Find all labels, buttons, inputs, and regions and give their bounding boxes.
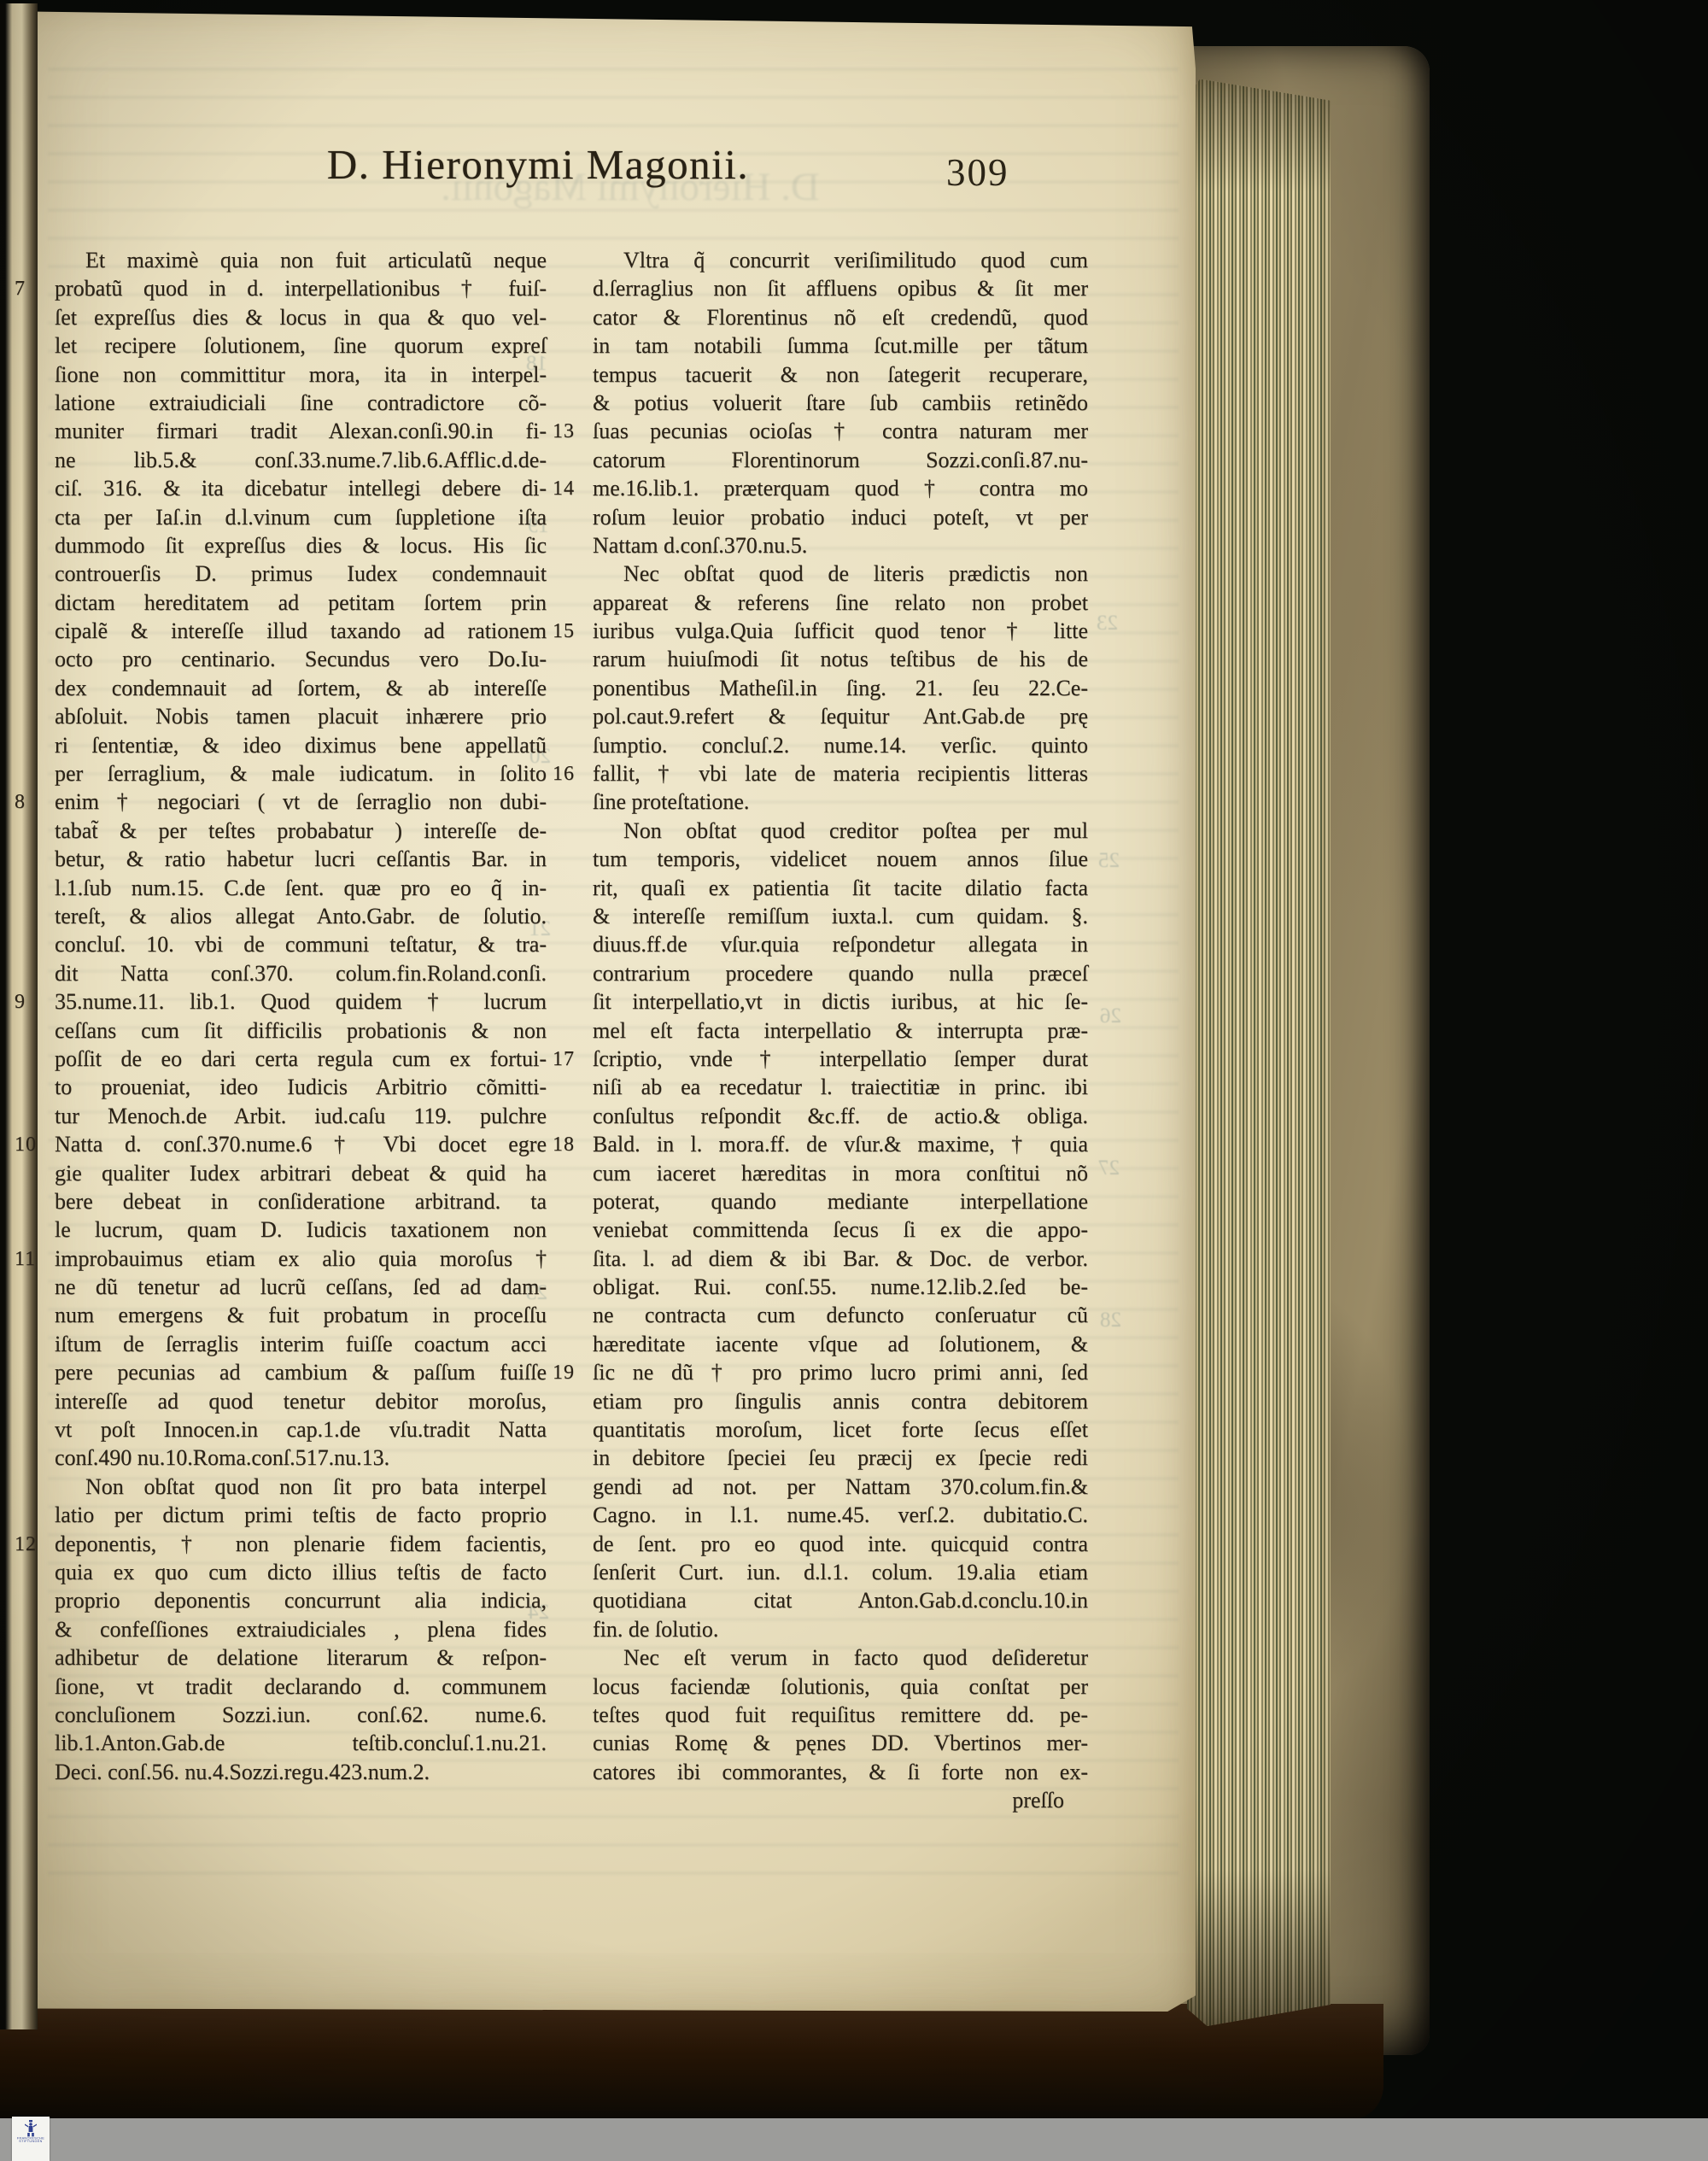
- text-line: cunias Romę & pęnes DD. Vbertinos mer-: [593, 1729, 1088, 1757]
- line-text: in tam notabili ſumma ſcut.mille per tãt…: [593, 333, 1088, 358]
- text-line: tum temporis, videlicet nouem annos ſilu…: [593, 845, 1088, 873]
- line-text: cta per Iaſ.in d.l.vinum cum ſuppletione…: [55, 505, 547, 530]
- text-line: Nec eſt verum in facto quod deſideretur: [593, 1643, 1088, 1672]
- text-line: poſſit de eo dari certa regula cum ex fo…: [55, 1045, 547, 1073]
- margin-note-number: 14: [553, 475, 587, 503]
- line-text: dummodo ſit expreſſus dies & locus. His …: [55, 533, 547, 558]
- text-line: latio per dictum primi teſtis de facto p…: [55, 1501, 547, 1529]
- line-text: Non obſtat quod creditor poſtea per mul: [623, 818, 1088, 843]
- text-line: ne contracta cum defuncto conſeruatur cũ: [593, 1301, 1088, 1329]
- text-line: cta per Iaſ.in d.l.vinum cum ſuppletione…: [55, 503, 547, 531]
- line-text: in debitore ſpeciei ſeu præcij ex ſpecie…: [593, 1445, 1088, 1470]
- text-line: locus faciendæ ſolutionis, quia conſtat …: [593, 1672, 1088, 1701]
- margin-note-number: 12: [15, 1531, 49, 1559]
- margin-note-number: 16: [553, 760, 587, 788]
- line-text: pere pecunias ad cambium & paſſum fuiſſe: [55, 1360, 547, 1385]
- line-text: ſione, vt tradit declarando d. communem: [55, 1674, 547, 1699]
- text-line: in tam notabili ſumma ſcut.mille per tãt…: [593, 331, 1088, 360]
- line-text: betur, & ratio habetur lucri ceſſantis B…: [55, 846, 547, 871]
- line-text: gie qualiter Iudex arbitrari debeat & qu…: [55, 1161, 547, 1186]
- stamp-org-line2: STIFTUNGEN: [17, 2141, 44, 2144]
- line-text: iuribus vulga.Quia ſufficit quod tenor †…: [593, 618, 1088, 643]
- line-text: d.ſerraglius non ſit affluens opibus & ſ…: [593, 276, 1088, 301]
- line-text: cum iaceret hæreditas in mora conſtitui …: [593, 1161, 1088, 1186]
- text-line: de ſent. pro eo quod inte. quicquid cont…: [593, 1530, 1088, 1558]
- margin-note-number: 15: [553, 618, 587, 646]
- text-line: fin. de ſolutio.: [593, 1615, 1088, 1643]
- line-text: deponentis, † non plenarie fidem facient…: [55, 1531, 547, 1556]
- text-line: 13ſuas pecunias ocioſas † contra naturam…: [593, 417, 1088, 445]
- text-line: 11improbauimus etiam ex alio quia moroſu…: [55, 1244, 547, 1273]
- text-line: conſultus reſpondit &c.ff. de actio.& ob…: [593, 1102, 1088, 1130]
- fore-edge-page-stack: [1187, 75, 1331, 2026]
- line-text: gendi ad not. per Nattam 370.colum.fin.&: [593, 1474, 1088, 1499]
- text-line: Cagno. in l.1. nume.45. verſ.2. dubitati…: [593, 1501, 1088, 1529]
- text-line: betur, & ratio habetur lucri ceſſantis B…: [55, 845, 547, 873]
- line-text: poterat, quando mediante interpellatione: [593, 1189, 1088, 1214]
- text-line: let recipere ſolutionem, ſine quorum exp…: [55, 331, 547, 360]
- text-line: niſi ab ea recedatur l. traiectitiæ in p…: [593, 1073, 1088, 1101]
- page-number: 309: [946, 150, 1009, 195]
- text-line: ſit interpellatio,vt in dictis iuribus, …: [593, 987, 1088, 1016]
- text-line: teſtes quod fuit requiſitus remittere dd…: [593, 1701, 1088, 1729]
- line-text: dictam hereditatem ad petitam ſortem pri…: [55, 590, 547, 615]
- text-line: bere debeat in conſideratione arbitrand.…: [55, 1187, 547, 1215]
- text-line: concluſionem Sozzi.iun. conſ.62. nume.6.: [55, 1701, 547, 1729]
- text-line: adhibetur de delatione literarum & reſpo…: [55, 1643, 547, 1672]
- line-text: latione extraiudiciali ſine contradictor…: [55, 390, 547, 415]
- line-text: conſultus reſpondit &c.ff. de actio.& ob…: [593, 1104, 1088, 1128]
- margin-note-number: 19: [553, 1359, 587, 1387]
- text-line: tur Menoch.de Arbit. iud.caſu 119. pulch…: [55, 1102, 547, 1130]
- text-line: 12deponentis, † non plenarie fidem facie…: [55, 1530, 547, 1558]
- text-line: 16fallit, † vbi late de materia recipien…: [593, 759, 1088, 788]
- line-text: catorum Florentinorum Sozzi.conſi.87.nu-: [593, 448, 1088, 472]
- line-text: Deci. conſ.56. nu.4.Sozzi.regu.423.num.2…: [55, 1760, 430, 1784]
- margin-note-number: 9: [15, 988, 49, 1016]
- line-text: ne contracta cum defuncto conſeruatur cũ: [593, 1303, 1088, 1327]
- text-line: 10Natta d. conſ.370.nume.6 † Vbi docet e…: [55, 1130, 547, 1158]
- text-line: Non obſtat quod creditor poſtea per mul: [593, 817, 1088, 845]
- text-line: le lucrum, quam D. Iudicis taxationem no…: [55, 1215, 547, 1244]
- text-line: & potius voluerit ſtare ſub cambiis reti…: [593, 389, 1088, 417]
- line-text: & intereſſe remiſſum iuxta.l. cum quidam…: [593, 904, 1088, 928]
- text-line: controuerſis D. primus Iudex condemnauit: [55, 559, 547, 588]
- text-line: & confeſſiones extraiudiciales , plena f…: [55, 1615, 547, 1643]
- line-text: fallit, † vbi late de materia recipienti…: [593, 761, 1088, 786]
- line-text: ceſſans cum ſit difficilis probationis &…: [55, 1018, 547, 1043]
- francke-figure-icon: [23, 2120, 38, 2137]
- line-text: ſumptio. concluſ.2. nume.14. verſic. qui…: [593, 733, 1088, 758]
- scan-footer-bar: [0, 2118, 1708, 2161]
- line-text: muniter firmari tradit Alexan.conſi.90.i…: [55, 419, 547, 443]
- line-text: ſit interpellatio,vt in dictis iuribus, …: [593, 989, 1088, 1014]
- text-line: diuus.ff.de vſur.quia reſpondetur allega…: [593, 930, 1088, 958]
- line-text: Nec obſtat quod de literis prædictis non: [623, 561, 1088, 586]
- text-line: ciſ. 316. & ita dicebatur intellegi debe…: [55, 474, 547, 502]
- text-line: obligat. Rui. conſ.55. nume.12.lib.2.ſed…: [593, 1273, 1088, 1301]
- line-text: Nattam d.conſ.370.nu.5.: [593, 533, 807, 558]
- text-line: ſione non committitur mora, ita in inter…: [55, 360, 547, 389]
- line-text: niſi ab ea recedatur l. traiectitiæ in p…: [593, 1075, 1088, 1099]
- line-text: vt poſt Innocen.in cap.1.de vſu.tradit N…: [55, 1417, 547, 1442]
- text-line: 7probatũ quod in d. interpellationibus †…: [55, 274, 547, 302]
- text-line: 18Bald. in l. mora.ff. de vſur.& maxime,…: [593, 1130, 1088, 1158]
- text-line: rarum huiuſmodi ſit notus teſtibus de hi…: [593, 645, 1088, 673]
- text-line: Et maximè quia non fuit articulatũ neque: [55, 246, 547, 274]
- line-text: cunias Romę & pęnes DD. Vbertinos mer-: [593, 1731, 1088, 1755]
- text-line: num emergens & fuit probatum in proceſſu: [55, 1301, 547, 1329]
- line-text: ſic ne dũ † pro primo lucro primi anni, …: [593, 1360, 1088, 1385]
- line-text: poſſit de eo dari certa regula cum ex fo…: [55, 1046, 547, 1071]
- text-line: quia ex quo cum dicto illius teſtis de f…: [55, 1558, 547, 1586]
- text-line: Deci. conſ.56. nu.4.Sozzi.regu.423.num.2…: [55, 1758, 547, 1786]
- text-line: abſoluit. Nobis tamen placuit inhærere p…: [55, 702, 547, 730]
- line-text: iſtum de ſerraglis interim fuiſſe coactu…: [55, 1332, 547, 1356]
- line-text: num emergens & fuit probatum in proceſſu: [55, 1303, 547, 1327]
- text-line: gie qualiter Iudex arbitrari debeat & qu…: [55, 1159, 547, 1187]
- line-text: mel eſt facta interpellatio & interrupta…: [593, 1018, 1088, 1043]
- line-text: let recipere ſolutionem, ſine quorum exp…: [55, 333, 547, 358]
- line-text: latio per dictum primi teſtis de facto p…: [55, 1502, 547, 1527]
- text-line: proprio deponentis concurrunt alia indic…: [55, 1586, 547, 1614]
- text-line: tempus tacuerit & non ſategerit recupera…: [593, 360, 1088, 389]
- line-text: improbauimus etiam ex alio quia moroſus …: [55, 1246, 547, 1271]
- line-text: hæreditate iacente vſque ad ſolutionem, …: [593, 1332, 1088, 1356]
- line-text: tempus tacuerit & non ſategerit recupera…: [593, 362, 1088, 387]
- text-line: in debitore ſpeciei ſeu præcij ex ſpecie…: [593, 1444, 1088, 1472]
- line-text: roſum leuior probatio induci poteſt, vt …: [593, 505, 1088, 530]
- book-bottom-shadow: [0, 2004, 1383, 2120]
- text-line: concluſ. 10. vbi de communi teſtatur, & …: [55, 930, 547, 958]
- line-text: intereſſe ad quod tenetur debitor moroſu…: [55, 1389, 547, 1414]
- line-text: teſtes quod fuit requiſitus remittere dd…: [593, 1702, 1088, 1727]
- text-line: Nec obſtat quod de literis prædictis non: [593, 559, 1088, 588]
- line-text: cipalẽ & intereſſe illud taxando ad rati…: [55, 618, 547, 643]
- text-line: catores ibi commorantes, & ſi forte non …: [593, 1758, 1088, 1786]
- text-line: per ſerraglium, & male iudicatum. in ſol…: [55, 759, 547, 788]
- line-text: ciſ. 316. & ita dicebatur intellegi debe…: [55, 476, 547, 501]
- line-text: quotidiana citat Anton.Gab.d.conclu.10.i…: [593, 1588, 1088, 1613]
- line-text: tum temporis, videlicet nouem annos ſilu…: [593, 846, 1088, 871]
- line-text: ſita. l. ad diem & ibi Bar. & Doc. de ve…: [593, 1246, 1088, 1271]
- text-line: intereſſe ad quod tenetur debitor moroſu…: [55, 1387, 547, 1415]
- line-text: Bald. in l. mora.ff. de vſur.& maxime, †…: [593, 1132, 1088, 1157]
- line-text: dit Natta conſ.370. colum.fin.Roland.con…: [55, 961, 547, 986]
- line-text: ſuas pecunias ocioſas † contra naturam m…: [593, 419, 1088, 443]
- text-line: catorum Florentinorum Sozzi.conſi.87.nu-: [593, 446, 1088, 474]
- line-text: l.1.ſub num.15. C.de ſent. quæ pro eo q̃…: [55, 876, 547, 900]
- margin-note-number: 13: [553, 418, 587, 446]
- line-text: Nec eſt verum in facto quod deſideretur: [623, 1645, 1088, 1670]
- text-line: conſ.490 nu.10.Roma.conſ.517.nu.13.: [55, 1444, 547, 1472]
- text-line: gendi ad not. per Nattam 370.colum.fin.&: [593, 1473, 1088, 1501]
- margin-note-number: 8: [15, 788, 49, 817]
- line-text: controuerſis D. primus Iudex condemnauit: [55, 561, 547, 586]
- text-line: 935.nume.11. lib.1. Quod quidem † lucrum: [55, 987, 547, 1016]
- line-text: Non obſtat quod non ſit pro bata interpe…: [85, 1474, 547, 1499]
- text-line: dictam hereditatem ad petitam ſortem pri…: [55, 589, 547, 617]
- line-text: ſenſerit Curt. iun. d.l.1. colum. 19.ali…: [593, 1560, 1088, 1584]
- text-line: Non obſtat quod non ſit pro bata interpe…: [55, 1473, 547, 1501]
- text-line: ne dũ tenetur ad lucrũ ceſſans, ſed ad d…: [55, 1273, 547, 1301]
- text-line: ſine proteſtatione.: [593, 788, 1088, 816]
- text-line: mel eſt facta interpellatio & interrupta…: [593, 1016, 1088, 1045]
- text-line: iſtum de ſerraglis interim fuiſſe coactu…: [55, 1330, 547, 1358]
- line-text: Natta d. conſ.370.nume.6 † Vbi docet egr…: [55, 1132, 547, 1157]
- line-text: diuus.ff.de vſur.quia reſpondetur allega…: [593, 932, 1088, 957]
- text-line: quotidiana citat Anton.Gab.d.conclu.10.i…: [593, 1586, 1088, 1614]
- text-line: ſet expreſſus dies & locus in qua & quo …: [55, 303, 547, 331]
- margin-note-number: 7: [15, 275, 49, 303]
- line-text: per ſerraglium, & male iudicatum. in ſol…: [55, 761, 547, 786]
- text-line: dummodo ſit expreſſus dies & locus. His …: [55, 531, 547, 559]
- text-line: Nattam d.conſ.370.nu.5.: [593, 531, 1088, 559]
- text-line: latione extraiudiciali ſine contradictor…: [55, 389, 547, 417]
- line-text: lib.1.Anton.Gab.de teſtib.concluſ.1.nu.2…: [55, 1731, 547, 1755]
- text-line: cum iaceret hæreditas in mora conſtitui …: [593, 1159, 1088, 1187]
- text-line: rit, quaſi ex patientia ſit tacite dilat…: [593, 874, 1088, 902]
- text-line: to proueniat, ideo Iudicis Arbitrio cõmi…: [55, 1073, 547, 1101]
- line-text: me.16.lib.1. præterquam quod † contra mo: [593, 476, 1088, 501]
- line-text: bere debeat in conſideratione arbitrand.…: [55, 1189, 547, 1214]
- margin-note-number: 11: [15, 1245, 49, 1274]
- line-text: dex condemnauit ad ſortem, & ab intereſſ…: [55, 676, 547, 700]
- line-text: quia ex quo cum dicto illius teſtis de f…: [55, 1560, 547, 1584]
- line-text: rit, quaſi ex patientia ſit tacite dilat…: [593, 876, 1088, 900]
- line-text: ſet expreſſus dies & locus in qua & quo …: [55, 305, 547, 330]
- line-text: rarum huiuſmodi ſit notus teſtibus de hi…: [593, 647, 1088, 671]
- line-text: veniebat committenda ſecus ſi ex die app…: [593, 1217, 1088, 1242]
- text-line: octo pro centinario. Secundus vero Do.Iu…: [55, 645, 547, 673]
- text-line: appareat & referens ſine relato non prob…: [593, 589, 1088, 617]
- text-line: poterat, quando mediante interpellatione: [593, 1187, 1088, 1215]
- page-title: D. Hieronymi Magonii.: [137, 140, 939, 189]
- line-text: pol.caut.9.refert & ſequitur Ant.Gab.de …: [593, 704, 1088, 729]
- line-text: etiam pro ſingulis annis contra debitore…: [593, 1389, 1088, 1414]
- margin-note-number: 18: [553, 1131, 587, 1159]
- line-text: abſoluit. Nobis tamen placuit inhærere p…: [55, 704, 547, 729]
- line-text: de ſent. pro eo quod inte. quicquid cont…: [593, 1531, 1088, 1556]
- text-line: ſumptio. concluſ.2. nume.14. verſic. qui…: [593, 731, 1088, 759]
- line-text: ne dũ tenetur ad lucrũ ceſſans, ſed ad d…: [55, 1274, 547, 1299]
- line-text: concluſ. 10. vbi de communi teſtatur, & …: [55, 932, 547, 957]
- text-line: Vltra q̃ concurrit veriſimilitudo quod c…: [593, 246, 1088, 274]
- text-line: lib.1.Anton.Gab.de teſtib.concluſ.1.nu.2…: [55, 1729, 547, 1757]
- text-line: tabat̃ & per teſtes probabatur ) intereſ…: [55, 817, 547, 845]
- line-text: octo pro centinario. Secundus vero Do.Iu…: [55, 647, 547, 671]
- line-text: & potius voluerit ſtare ſub cambiis reti…: [593, 390, 1088, 415]
- right-text-column: Vltra q̃ concurrit veriſimilitudo quod c…: [593, 246, 1088, 1814]
- line-text: ponentibus Matheſil.in ſing. 21. ſeu 22.…: [593, 676, 1088, 700]
- text-line: 19ſic ne dũ † pro primo lucro primi anni…: [593, 1358, 1088, 1386]
- line-text: appareat & referens ſine relato non prob…: [593, 590, 1088, 615]
- line-text: contrarium procedere quando nulla præceſ: [593, 961, 1088, 986]
- line-text: concluſionem Sozzi.iun. conſ.62. nume.6.: [55, 1702, 547, 1727]
- text-line: ſione, vt tradit declarando d. communem: [55, 1672, 547, 1701]
- text-line: dit Natta conſ.370. colum.fin.Roland.con…: [55, 959, 547, 987]
- text-line: cator & Florentinus nõ eſt credendũ, quo…: [593, 303, 1088, 331]
- line-text: fin. de ſolutio.: [593, 1617, 718, 1642]
- franckesche-stiftungen-stamp: FRANCKESCHE STIFTUNGEN: [12, 2117, 50, 2161]
- text-line: dex condemnauit ad ſortem, & ab intereſſ…: [55, 674, 547, 702]
- line-text: 35.nume.11. lib.1. Quod quidem † lucrum: [55, 989, 547, 1014]
- text-line: pere pecunias ad cambium & paſſum fuiſſe: [55, 1358, 547, 1386]
- text-line: d.ſerraglius non ſit affluens opibus & ſ…: [593, 274, 1088, 302]
- line-text: catores ibi commorantes, & ſi forte non …: [593, 1760, 1088, 1784]
- text-line: vt poſt Innocen.in cap.1.de vſu.tradit N…: [55, 1415, 547, 1444]
- text-line: 14me.16.lib.1. præterquam quod † contra …: [593, 474, 1088, 502]
- text-line: 15iuribus vulga.Quia ſufficit quod tenor…: [593, 617, 1088, 645]
- text-line: ne lib.5.& conſ.33.nume.7.lib.6.Afflic.d…: [55, 446, 547, 474]
- text-line: contrarium procedere quando nulla præceſ: [593, 959, 1088, 987]
- text-line: ri ſententiæ, & ideo diximus bene appell…: [55, 731, 547, 759]
- left-text-column: Et maximè quia non fuit articulatũ neque…: [55, 246, 547, 1786]
- text-line: pol.caut.9.refert & ſequitur Ant.Gab.de …: [593, 702, 1088, 730]
- text-line: ceſſans cum ſit difficilis probationis &…: [55, 1016, 547, 1045]
- text-line: etiam pro ſingulis annis contra debitore…: [593, 1387, 1088, 1415]
- text-line: ponentibus Matheſil.in ſing. 21. ſeu 22.…: [593, 674, 1088, 702]
- line-text: ſine proteſtatione.: [593, 789, 749, 814]
- text-line: 17ſcriptio, vnde † interpellatio ſemper …: [593, 1045, 1088, 1073]
- text-line: muniter firmari tradit Alexan.conſi.90.i…: [55, 417, 547, 445]
- line-text: enim † negociari ( vt de ſerraglio non d…: [55, 789, 547, 814]
- line-text: quantitatis moroſum, licet forte ſecus e…: [593, 1417, 1088, 1442]
- line-text: ſione non committitur mora, ita in inter…: [55, 362, 547, 387]
- catchword-line: preſſo: [593, 1786, 1088, 1814]
- text-line: hæreditate iacente vſque ad ſolutionem, …: [593, 1330, 1088, 1358]
- text-line: quantitatis moroſum, licet forte ſecus e…: [593, 1415, 1088, 1444]
- text-line: & intereſſe remiſſum iuxta.l. cum quidam…: [593, 902, 1088, 930]
- line-text: to proueniat, ideo Iudicis Arbitrio cõmi…: [55, 1075, 547, 1099]
- line-text: locus faciendæ ſolutionis, quia conſtat …: [593, 1674, 1088, 1699]
- line-text: Vltra q̃ concurrit veriſimilitudo quod c…: [623, 248, 1088, 272]
- line-text: tabat̃ & per teſtes probabatur ) intereſ…: [55, 818, 547, 843]
- text-line: tereſt, & alios allegat Anto.Gabr. de ſo…: [55, 902, 547, 930]
- text-line: roſum leuior probatio induci poteſt, vt …: [593, 503, 1088, 531]
- line-text: Et maximè quia non fuit articulatũ neque: [85, 248, 547, 272]
- line-text: le lucrum, quam D. Iudicis taxationem no…: [55, 1217, 547, 1242]
- line-text: obligat. Rui. conſ.55. nume.12.lib.2.ſed…: [593, 1274, 1088, 1299]
- line-text: probatũ quod in d. interpellationibus † …: [55, 276, 547, 301]
- line-text: & confeſſiones extraiudiciales , plena f…: [55, 1617, 547, 1642]
- margin-note-number: 17: [553, 1045, 587, 1074]
- text-line: l.1.ſub num.15. C.de ſent. quæ pro eo q̃…: [55, 874, 547, 902]
- line-text: ne lib.5.& conſ.33.nume.7.lib.6.Afflic.d…: [55, 448, 547, 472]
- text-line: ſita. l. ad diem & ibi Bar. & Doc. de ve…: [593, 1244, 1088, 1273]
- line-text: preſſo: [1012, 1788, 1064, 1813]
- line-text: cator & Florentinus nõ eſt credendũ, quo…: [593, 305, 1088, 330]
- text-line: ſenſerit Curt. iun. d.l.1. colum. 19.ali…: [593, 1558, 1088, 1586]
- line-text: conſ.490 nu.10.Roma.conſ.517.nu.13.: [55, 1445, 389, 1470]
- line-text: tur Menoch.de Arbit. iud.caſu 119. pulch…: [55, 1104, 547, 1128]
- line-text: adhibetur de delatione literarum & reſpo…: [55, 1645, 547, 1670]
- margin-note-number: 10: [15, 1131, 49, 1159]
- line-text: ſcriptio, vnde † interpellatio ſemper du…: [593, 1046, 1088, 1071]
- text-line: cipalẽ & intereſſe illud taxando ad rati…: [55, 617, 547, 645]
- text-line: 8enim † negociari ( vt de ſerraglio non …: [55, 788, 547, 816]
- text-line: veniebat committenda ſecus ſi ex die app…: [593, 1215, 1088, 1244]
- line-text: Cagno. in l.1. nume.45. verſ.2. dubitati…: [593, 1502, 1088, 1527]
- line-text: proprio deponentis concurrunt alia indic…: [55, 1588, 547, 1613]
- line-text: tereſt, & alios allegat Anto.Gabr. de ſo…: [55, 904, 547, 928]
- line-text: ri ſententiæ, & ideo diximus bene appell…: [55, 733, 547, 758]
